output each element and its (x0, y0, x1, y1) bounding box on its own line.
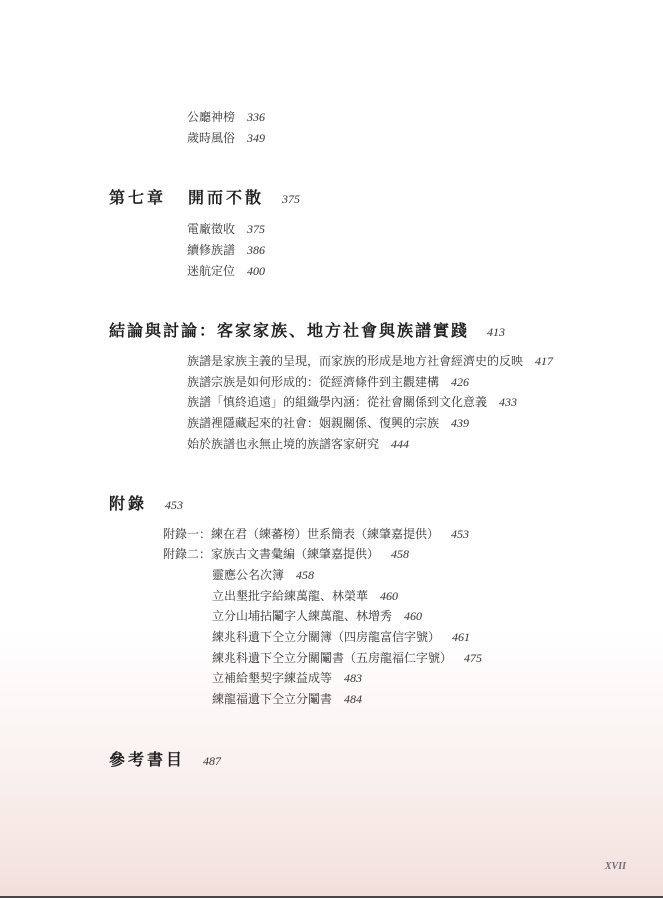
toc-entry-page: 460 (404, 609, 422, 624)
toc-entry: 附錄一：練在君（練蕃榜）世系簡表（練肇嘉提供） 453 (163, 525, 469, 542)
toc-entry-page: 375 (247, 222, 265, 237)
toc-entry-page: 400 (247, 264, 265, 279)
toc-entry-title: 公廳神榜 (187, 108, 235, 125)
toc-entry-title: 始於族譜也永無止境的族譜客家研究 (187, 435, 379, 452)
toc-entry-page: 460 (380, 589, 398, 604)
toc-sub-entry: 立出墾批字給練萬龍、林榮華 460 (212, 587, 398, 604)
toc-entry-page: 417 (535, 354, 553, 369)
toc-entry: 公廳神榜 336 (187, 108, 265, 125)
toc-entry-title: 練兆科遺下仝立分關鬮書（五房龍福仁字號） (212, 649, 452, 666)
toc-sub-entry: 練兆科遺下仝立分關鬮書（五房龍福仁字號） 475 (212, 649, 482, 666)
toc-sub-entry: 練兆科遺下仝立分關簿（四房龍富信字號） 461 (212, 628, 470, 645)
toc-entry-title: 族譜是家族主義的呈現，而家族的形成是地方社會經濟史的反映 (187, 352, 523, 369)
toc-entry: 族譜「慎終追遠」的組織學內涵：從社會關係到文化意義 433 (187, 393, 517, 410)
toc-entry-title: 附錄一：練在君（練蕃榜）世系簡表（練肇嘉提供） (163, 525, 439, 542)
toc-entry-title: 立補給墾契字練益成等 (212, 669, 332, 686)
toc-entry: 續修族譜 386 (187, 241, 265, 258)
toc-entry: 電廠徵收 375 (187, 220, 265, 237)
toc-entry-page: 433 (499, 395, 517, 410)
bibliography-title: 參考書目 (109, 747, 185, 770)
toc-entry-page: 386 (247, 243, 265, 258)
toc-entry-page: 349 (247, 131, 265, 146)
toc-entry-page: 461 (452, 630, 470, 645)
toc-entry: 始於族譜也永無止境的族譜客家研究 444 (187, 435, 409, 452)
toc-entry-title: 電廠徵收 (187, 220, 235, 237)
toc-entry-title: 練龍福遺下仝立分鬮書 (212, 690, 332, 707)
toc-entry-page: 426 (451, 375, 469, 390)
conclusion-title: 結論與討論：客家家族、地方社會與族譜實踐 (109, 318, 469, 341)
toc-sub-entry: 練龍福遺下仝立分鬮書 484 (212, 690, 362, 707)
toc-entry: 族譜是家族主義的呈現，而家族的形成是地方社會經濟史的反映 417 (187, 352, 553, 369)
chapter-label: 第七章 (109, 185, 166, 208)
toc-entry-page: 336 (247, 110, 265, 125)
toc-entry-title: 續修族譜 (187, 241, 235, 258)
toc-sub-entry: 立補給墾契字練益成等 483 (212, 669, 362, 686)
toc-entry: 歲時風俗 349 (187, 129, 265, 146)
toc-entry-title: 族譜宗族是如何形成的：從經濟條件到主觀建構 (187, 373, 439, 390)
toc-entry-page: 458 (391, 547, 409, 562)
toc-entry: 族譜宗族是如何形成的：從經濟條件到主觀建構 426 (187, 373, 469, 390)
toc-entry-page: 484 (344, 692, 362, 707)
bibliography-page: 487 (203, 754, 221, 769)
page-number: XVII (605, 861, 626, 872)
bibliography-heading: 參考書目 487 (109, 747, 221, 770)
appendix-title: 附錄 (109, 491, 147, 514)
chapter-title: 開而不散 (188, 185, 264, 208)
toc-entry-title: 附錄二：家族古文書彙編（練肇嘉提供） (163, 545, 379, 562)
toc-entry-page: 483 (344, 671, 362, 686)
toc-entry-page: 444 (391, 437, 409, 452)
chapter-page: 375 (282, 192, 300, 207)
toc-entry-page: 453 (451, 527, 469, 542)
toc-entry-title: 練兆科遺下仝立分關簿（四房龍富信字號） (212, 628, 440, 645)
toc-entry: 迷航定位 400 (187, 262, 265, 279)
chapter-heading: 第七章 開而不散 375 (109, 185, 300, 208)
toc-sub-entry: 立分山埔拈鬮字人練萬龍、林增秀 460 (212, 607, 422, 624)
toc-entry-title: 歲時風俗 (187, 129, 235, 146)
appendix-heading: 附錄 453 (109, 491, 183, 514)
toc-entry-title: 立出墾批字給練萬龍、林榮華 (212, 587, 368, 604)
conclusion-heading: 結論與討論：客家家族、地方社會與族譜實踐 413 (109, 318, 505, 341)
toc-entry-title: 族譜裡隱藏起來的社會：姻親關係、復興的宗族 (187, 414, 439, 431)
toc-sub-entry: 靈應公名次簿 458 (212, 566, 314, 583)
toc-entry: 族譜裡隱藏起來的社會：姻親關係、復興的宗族 439 (187, 414, 469, 431)
toc-entry-page: 458 (296, 568, 314, 583)
toc-entry-title: 族譜「慎終追遠」的組織學內涵：從社會關係到文化意義 (187, 393, 487, 410)
toc-entry-title: 靈應公名次簿 (212, 566, 284, 583)
toc-entry-title: 迷航定位 (187, 262, 235, 279)
toc-entry-page: 439 (451, 416, 469, 431)
appendix-page: 453 (165, 498, 183, 513)
conclusion-page: 413 (487, 325, 505, 340)
toc-entry-page: 475 (464, 651, 482, 666)
toc-entry-title: 立分山埔拈鬮字人練萬龍、林增秀 (212, 607, 392, 624)
toc-entry: 附錄二：家族古文書彙編（練肇嘉提供） 458 (163, 545, 409, 562)
